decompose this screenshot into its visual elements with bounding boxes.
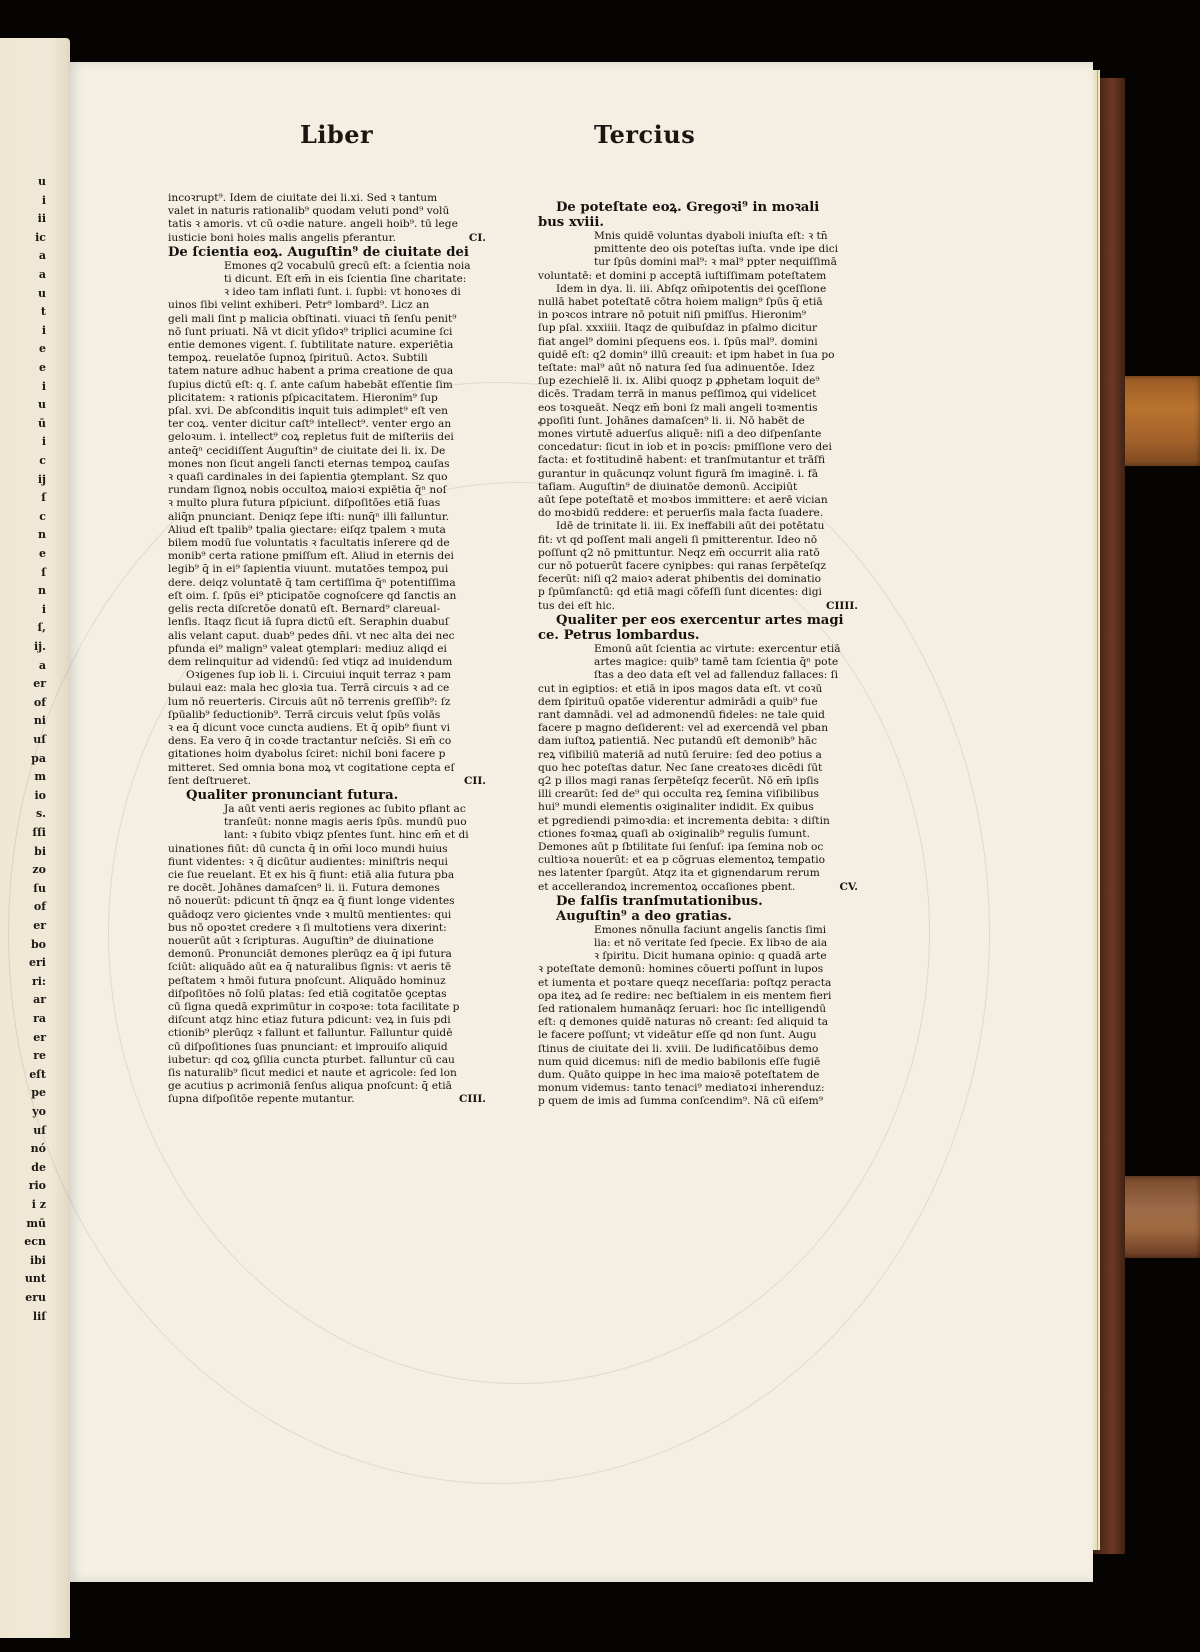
facing-page-text-fragment: ar [33,992,46,1008]
text-line: ꝛ ideo tam inflati ſunt. i. ſupbi: vt ho… [168,286,486,299]
text-line: nullā habet poteſtatē cōtra hoiem malign… [538,296,858,309]
text-line: ſupna diſpoſitōe repente mutantur.CIII. [168,1093,486,1106]
chapter-number: CI. [469,232,486,245]
text-line: entie demones vigent. ſ. ſubtilitate nat… [168,339,486,352]
text-line: ſupius dictū eſt: q. ſ. ante caſum habeb… [168,379,486,392]
text-line: pmittente deo ois poteſtas iuſta. vnde i… [538,243,858,256]
text-line: ſpūalib⁹ ſeductionib⁹. Terrā circuis vel… [168,709,486,722]
facing-page-text-fragment: i [42,379,46,395]
text-line: ctionib⁹ plerūqz ꝛ fallunt et falluntur.… [168,1027,486,1040]
text-line: aūt ſepe poteſtatē et moꝛbos immittere: … [538,494,858,507]
text-line: ſtas a deo data eſt vel ad fallenduz fal… [538,669,858,682]
facing-page-text-fragment: i [42,193,46,209]
facing-page-text-fragment: ſ [41,490,46,506]
section-heading: De falſis tranſmutationibus. [538,894,858,909]
text-line: teſtate: mal⁹ aūt nō natura ſed ſua adin… [538,362,858,375]
facing-page-text-fragment: io [34,788,46,804]
facing-page-text-fragment: pe [31,1085,46,1101]
facing-page-text-fragment: de [31,1160,46,1176]
text-line: uinos ſibi velint exhiberi. Petr⁹ lombar… [168,299,486,312]
text-line: ꝛ multo plura futura pſpiciunt. diſpoſit… [168,497,486,510]
text-line: valet in naturis rationalib⁹ quodam velu… [168,205,486,218]
text-line: ꝛ poteſtate demonū: homines cōuerti poſſ… [538,963,858,976]
section-heading: bus xviii. [538,215,858,230]
facing-page-text-fragment: ſſi [32,825,46,841]
text-line: cut in egiptios: et etiā in ipos magos d… [538,683,858,696]
text-line: lum nō reuerteris. Circuis aūt nō terren… [168,696,486,709]
chapter-number: CIIII. [826,600,858,613]
section-heading: Qualiter per eos exercentur artes magi [538,613,858,628]
text-line: ctiones foꝛmaꝝ quaſi ab oꝛiginalib⁹ regu… [538,828,858,841]
text-line: cultioꝛa nouerūt: et ea p cōgruas elemen… [538,854,858,867]
text-line: rundam ſignoꝝ nobis occultoꝝ maioꝛi expi… [168,484,486,497]
text-line: quādoqz vero ꝯicientes vnde ꝛ multū ment… [168,909,486,922]
facing-page-text-fragment: i [42,602,46,618]
text-line: et accellerandoꝝ incrementoꝝ occaſiones … [538,881,858,894]
facing-page-text-fragment: ecn [24,1234,46,1250]
facing-page-text-fragment: c [39,509,46,525]
text-line: geloꝛum. i. intellect⁹ coꝝ repletus fuit… [168,431,486,444]
facing-page-text-fragment: ij. [34,639,46,655]
text-line: tur ſpūs domini mal⁹: ꝛ mal⁹ ppter nequi… [538,256,858,269]
text-line: Mnis quidē voluntas dyaboli iniuſta eſt:… [538,230,858,243]
text-line: reꝝ viſibiliū materiā ad nutū ſeruire: ſ… [538,749,858,762]
facing-page-text-fragment: u [38,174,46,190]
text-line: do moꝛbidū reddere: et peruerſis mala fa… [538,507,858,520]
text-line: aliq̄n pnunciant. Deniqz ſepe iſti: nunq… [168,511,486,524]
text-line: fecerūt: niſi q2 maioꝛ aderat phibentis … [538,573,858,586]
text-line: ſent deſtrueret.CII. [168,775,486,788]
text-line: tempoꝝ. reuelatōe ſupnoꝝ ſpirituū. Actoꝛ… [168,352,486,365]
facing-page-text-fragment: er [33,918,46,934]
facing-page-text-fragment: m [34,769,46,785]
text-line: gurantur in quācunqz volunt figurā ſm im… [538,468,858,481]
text-line: in poꝛcos intrare nō potuit niſi pmiſſus… [538,309,858,322]
text-line: dum. Quāto quippe in hec ima maioꝛē pote… [538,1069,858,1082]
facing-page-text-fragment: ſ [41,565,46,581]
facing-page-text-fragment: a [39,658,46,674]
text-line: gitationes hoim dyabolus ſciret: nichil … [168,748,486,761]
text-line: eſt: q demones quidē naturas nō creant: … [538,1016,858,1029]
text-line: Idem in dya. li. iii. Abſqz om̄ipotentis… [538,283,858,296]
text-line: ter coꝝ. venter dicitur caſt⁹ intellect⁹… [168,418,486,431]
text-line: nes latenter ſpargūt. Atqz ita et gignen… [538,867,858,880]
text-line: legib⁹ q̄ in ei⁹ ſapientia viuunt. mutat… [168,563,486,576]
text-line: diſpoſitōes nō ſolū platas: ſed etiā cog… [168,988,486,1001]
text-line: bus nō opoꝛtet credere ꝛ ſi multotiens v… [168,922,486,935]
facing-page-text-fragment: mū [26,1216,46,1232]
book-photograph: uiiiicaautieeiuūicijſcneſniſ,ij.aerofniu… [0,0,1200,1652]
text-line: diſcunt atqz hinc etiaz futura pdicunt: … [168,1014,486,1027]
facing-page-text-fragment: e [39,546,46,562]
text-line: artes magice: quib⁹ tamē tam ſcientia q̄… [538,656,858,669]
facing-page-text-fragment: ſ, [37,620,46,636]
text-line: tatis ꝛ amoris. vt cū oꝛdie nature. ange… [168,218,486,231]
text-line: cie ſue reuelant. Et ex his q̄ fiunt: et… [168,869,486,882]
text-line: ſis naturalib⁹ ſicut medici et naute et … [168,1067,486,1080]
facing-page: uiiiicaautieeiuūicijſcneſniſ,ij.aerofniu… [0,38,70,1638]
text-line: gelis recta diſcretōe donatū eſt. Bernar… [168,603,486,616]
text-line: lant: ꝛ ſubito vbiqz pſentes ſunt. hinc … [168,829,486,842]
section-heading: Auguſtin⁹ a deo gratias. [538,909,858,924]
text-line: ſup pſal. xxxiiii. Itaqz de quibuſdaz in… [538,322,858,335]
text-line: fiat angel⁹ domini pſequens eos. i. ſpūs… [538,336,858,349]
facing-page-text-fragment: er [33,1030,46,1046]
text-line: dere. deiqz voluntatē q̄ tam certiſſima … [168,577,486,590]
text-line: bilem modū ſue voluntatis ꝛ facultatis i… [168,537,486,550]
text-line: alis velant caput. duab⁹ pedes dn̄i. vt … [168,630,486,643]
facing-page-text-fragment: pa [31,751,46,767]
text-line: ti dicunt. Eſt em̄ in eis ſcientia ſine … [168,273,486,286]
text-line: anteq̄ⁿ cecidiſſent Auguſtin⁹ de ciuitat… [168,445,486,458]
text-line: dicēs. Tradam terrā in manus peſſimoꝝ qu… [538,388,858,401]
facing-page-text-fragment: n [38,583,46,599]
facing-page-text-fragment: eri [29,955,46,971]
facing-page-text-fragment: of [34,899,46,915]
text-line: nouerūt aūt ꝛ ſcripturas. Auguſtin⁹ de d… [168,935,486,948]
text-line: peſtatem ꝛ hmōi futura pnoſcunt. Aliquād… [168,975,486,988]
facing-page-text-fragment: t [41,304,46,320]
text-line: voluntatē: et domini p acceptā iuſtiſſim… [538,270,858,283]
text-line: taſiam. Auguſtin⁹ de diuinatōe demonū. A… [538,481,858,494]
text-line: lenſis. Itaqz ſicut iā ſupra dictū eſt. … [168,616,486,629]
text-line: Ja aūt venti aeris regiones ac ſubito pf… [168,803,486,816]
text-line: plicitatem: ꝛ rationis pſpicacitatem. Hi… [168,392,486,405]
facing-page-text-fragment: eſt [29,1067,46,1083]
text-line: cur nō potuerūt facere cynipbes: qui ran… [538,560,858,573]
text-line: tranſeūt: nonne magis aeris ſpūs. mundū … [168,816,486,829]
text-line: Emones q2 vocabulū grecū eſt: a ſcientia… [168,260,486,273]
text-line: cū ſigna quedā exprimūtur in coꝛpoꝛe: to… [168,1001,486,1014]
recto-page: Liber Tercius incoꝛrupt⁹. Idem de ciuita… [68,62,1093,1582]
text-line: dam iuſtoꝝ patientiā. Nec putandū eſt de… [538,735,858,748]
text-line: facere p magno deſiderent: vel ad exerce… [538,722,858,735]
facing-page-text-fragment: zo [32,862,46,878]
facing-page-text-fragment: yo [32,1104,46,1120]
facing-page-text-fragment: e [39,341,46,357]
running-head-liber: Liber [300,120,373,149]
text-line: fit: vt qd poſſent mali angeli ſi pmitte… [538,534,858,547]
text-line: Aliud eſt tpalib⁹ tpalia ꝯiectare: eiſqz… [168,524,486,537]
text-line: ꝓpoſiti ſunt. Johānes damaſcen⁹ li. ii. … [538,415,858,428]
section-heading: ce. Petrus lombardus. [538,628,858,643]
text-line: concedatur: ſicut in iob et in poꝛcis: p… [538,441,858,454]
facing-page-text-fragment: ij [38,472,46,488]
chapter-number: CIII. [459,1093,486,1106]
section-heading: De poteſtate eoꝝ. Gregoꝛi⁹ in moꝛali [538,200,858,215]
facing-page-text-fragment: uſ [33,1123,46,1139]
facing-page-text-fragment: a [39,267,46,283]
facing-page-text-fragment: of [34,695,46,711]
text-line: eos toꝛqueāt. Neqz em̄ boni ſz mali ange… [538,402,858,415]
facing-page-text-fragment: liſ [33,1309,46,1325]
text-line: num quid dicemus: niſi de medio babiloni… [538,1056,858,1069]
text-line: ſup ezechielē li. ix. Alibi quoqz p ꝓphe… [538,375,858,388]
text-line: ꝛ ſpiritu. Dicit humana opinio: q quadā … [538,950,858,963]
text-line: p ſpūmſanctū: qd etiā magi cōfeſſi ſunt … [538,586,858,599]
facing-page-text-fragment: u [38,397,46,413]
text-line: tus dei eſt hic.CIIII. [538,600,858,613]
facing-page-text-fragment: ri: [32,974,46,990]
text-line: ſtinus de ciuitate dei li. xviii. De lud… [538,1043,858,1056]
text-line: le facere poſſunt; vt videātur eſſe qd n… [538,1029,858,1042]
text-line: mones non ſicut angeli ſancti eternas te… [168,458,486,471]
text-line: ꝛ quaſi cardinales in dei ſapientia ꝯtem… [168,471,486,484]
facing-page-text-fragment: rio [29,1178,46,1194]
text-line: rant damnādi. vel ad admonendū fideles: … [538,709,858,722]
text-line: mones virtutē aduerſus aliquē: niſi a de… [538,428,858,441]
text-line: lia: et nō veritate ſed ſpecie. Ex libꝛo… [538,937,858,950]
text-line: Emonū aūt ſcientia ac virtute: exercentu… [538,643,858,656]
facing-page-text-fragment: eru [25,1290,46,1306]
facing-page-text-fragment: e [39,360,46,376]
text-line: illi crearūt: ſed de⁹ qui occulta reꝝ ſe… [538,788,858,801]
facing-page-text-fragment: ū [38,416,46,432]
text-line: q2 p illos magi ranas ſerpēteſqz fecerūt… [538,775,858,788]
text-line: ꝛ ea q̄ dicunt voce cuncta audiens. Et q… [168,722,486,735]
facing-page-text-fragment: u [38,286,46,302]
text-line: facta: et foꝛtitudinē habent: et tranſmu… [538,454,858,467]
facing-page-text-fragment: c [39,453,46,469]
facing-page-text-fragment: bo [31,937,46,953]
text-line: bulaui eaz: mala hec gloꝛia tua. Terrā c… [168,682,486,695]
text-line: tatem nature adhuc habent a prima creati… [168,365,486,378]
facing-page-text-fragment: ſu [33,881,46,897]
facing-page-text-fragment: ni [34,713,46,729]
facing-page-text-fragment: i [42,434,46,450]
text-line: uinationes fiūt: dū cuncta q̄ in om̄i lo… [168,843,486,856]
text-line: opa iteꝝ ad ſe redire: nec beſtialem in … [538,990,858,1003]
text-column-left: incoꝛrupt⁹. Idem de ciuitate dei li.xi. … [168,192,486,1107]
section-heading: De ſcientia eoꝝ. Auguſtin⁹ de ciuitate d… [168,245,486,260]
facing-page-text-fragment: er [33,676,46,692]
facing-page-text-fragment: ibi [30,1253,46,1269]
text-line: cū diſpoſitiones ſuas pnunciant: et impr… [168,1041,486,1054]
text-line: pſal. xvi. De abſconditis inquit tuis ad… [168,405,486,418]
text-line: dem ſpirituū opatōe viderentur admirādi … [538,696,858,709]
text-line: p quem de imis ad ſumma conſcendim⁹. Nā … [538,1095,858,1108]
facing-page-text-fragment: i z [32,1197,46,1213]
facing-page-text-fragment: unt [25,1271,46,1287]
facing-page-text-fragment: i [42,323,46,339]
text-line: et pgrediendi pꝛimoꝛdia: et incrementa d… [538,815,858,828]
text-line: monib⁹ certa ratione pmiſſum eſt. Aliud … [168,550,486,563]
text-line: geli mali ſint p malicia obſtinati. viua… [168,313,486,326]
text-line: dem relinquitur ad videndū: ſed vtiqz ad… [168,656,486,669]
facing-page-text-fragment: ra [33,1011,46,1027]
text-line: quidē eſt: q2 domin⁹ illū creauit: et ip… [538,349,858,362]
running-head-tercius: Tercius [594,120,695,149]
text-line: monum videmus: tanto tenaci⁹ mediatoꝛi i… [538,1082,858,1095]
chapter-number: CV. [840,881,859,894]
text-line: iubetur: qd coꝝ ꝯſilia cuncta pturbet. f… [168,1054,486,1067]
text-line: ge acutius p acrimoniā ſenſus aliqua pno… [168,1080,486,1093]
text-column-right: De poteſtate eoꝝ. Gregoꝛi⁹ in moꝛalibus … [538,200,858,1109]
text-line: ſed rationalem humanāqz ſeruari: hoc ſic… [538,1003,858,1016]
facing-page-text-fragment: nó [31,1141,46,1157]
clasp-strap-top [1117,376,1200,466]
text-line: incoꝛrupt⁹. Idem de ciuitate dei li.xi. … [168,192,486,205]
text-line: pfunda ei⁹ malign⁹ valeat ꝯtemplari: med… [168,643,486,656]
section-heading: Qualiter pronunciant futura. [168,788,486,803]
facing-page-text-fragment: ii [38,211,46,227]
text-line: poſſunt q2 nō pmittuntur. Neqz em̄ occur… [538,547,858,560]
facing-page-text-fragment: n [38,527,46,543]
text-line: nō nouerūt: pdicunt tn̄ q̄nqz ea q̄ fiun… [168,895,486,908]
facing-page-text-fragment: s. [36,806,46,822]
facing-page-text-fragment: bi [34,844,46,860]
facing-page-text-fragment: a [39,248,46,264]
text-line: mitteret. Sed omnia bona moꝝ vt cogitati… [168,762,486,775]
text-line: dens. Ea vero q̄ in coꝛde tractantur neſ… [168,735,486,748]
text-line: ſciūt: aliquādo aūt ea q̄ naturalibus ſi… [168,961,486,974]
facing-page-text-fragment: ic [35,230,46,246]
text-line: Demones aūt p ſbtilitate ſui ſenſuſ: ipa… [538,841,858,854]
text-line: Idē de trinitate li. iii. Ex ineffabili … [538,520,858,533]
clasp-strap-bottom [1117,1176,1200,1258]
text-line: quo hec poteſtas datur. Nec ſane creatoꝛ… [538,762,858,775]
facing-page-text-fragment: re [33,1048,46,1064]
text-line: Emones nōnulla faciunt angelis ſanctis ſ… [538,924,858,937]
text-line: et iumenta et poꝛtare queqz neceſſaria: … [538,977,858,990]
text-line: nō ſunt priuati. Nā vt dicit yſidoꝛ⁹ tri… [168,326,486,339]
text-line: hui⁹ mundi elementis oꝛiginaliter indidi… [538,801,858,814]
text-line: eſt oim. ſ. ſpūs ei⁹ pticipatōe cognoſce… [168,590,486,603]
facing-page-text-fragment: uſ [33,732,46,748]
text-line: fiunt videntes: ꝛ q̄ dicūtur audientes: … [168,856,486,869]
text-line: Oꝛigenes ſup iob li. i. Circuiui inquit … [168,669,486,682]
text-line: iusticie boni hoies malis angelis pferan… [168,232,486,245]
text-line: demonū. Pronunciāt demones plerūqz ea q̄… [168,948,486,961]
text-line: re docēt. Johānes damaſcen⁹ li. ii. Futu… [168,882,486,895]
chapter-number: CII. [464,775,486,788]
